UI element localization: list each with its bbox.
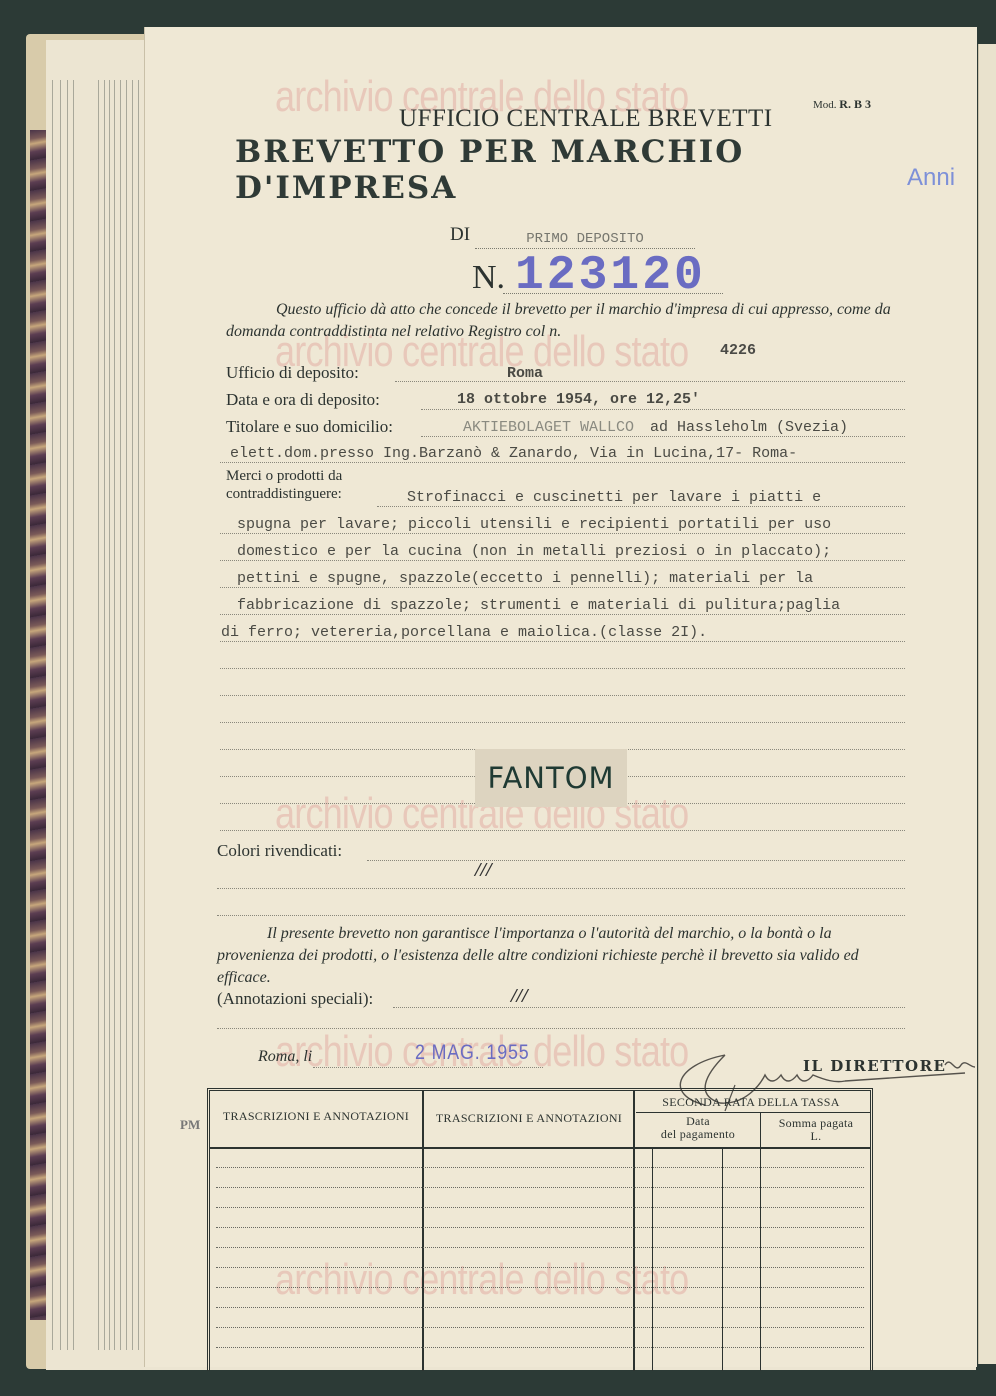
currency-label: L. [811,1129,822,1143]
anni-stamp: Anni [907,164,955,192]
ledger-row [216,1287,864,1288]
trademark-label: FANTOM [475,749,627,807]
ledger-col-transcriptions-1: TRASCRIZIONI E ANNOTAZIONI [210,1109,422,1124]
place-label: Roma, li [258,1048,312,1066]
date-line [313,1067,543,1068]
annotazioni-value: /// [511,985,528,1008]
annotazioni-line [393,1007,905,1008]
ledger-divider [652,1147,653,1371]
ledger-divider [422,1091,424,1371]
ledger-col-transcriptions-2: TRASCRIZIONI E ANNOTAZIONI [425,1111,633,1126]
merci-line [220,560,905,561]
blank-line [217,1028,905,1029]
pagamento-label: del pagamento [661,1127,735,1141]
annotations-ledger: TRASCRIZIONI E ANNOTAZIONI TRASCRIZIONI … [207,1088,873,1371]
register-col-number: 4226 [720,342,756,359]
ledger-row [216,1347,864,1348]
merci-line [220,641,905,642]
ledger-divider [633,1091,635,1371]
colori-value: /// [475,859,492,882]
ledger-col-somma-pagata: Somma pagata L. [762,1117,870,1143]
ledger-divider [722,1147,723,1371]
issue-date-stamp: 2 MAG. 1955 [415,1041,530,1065]
somma-label: Somma pagata [779,1116,854,1130]
merci-line-4: pettini e spugne, spazzole(eccetto i pen… [237,570,813,587]
intro-paragraph: Questo ufficio dà atto che concede il br… [226,299,916,343]
ledger-row [216,1247,864,1248]
merci-line [220,614,905,615]
titolare-address: elett.dom.presso Ing.Barzanò & Zanardo, … [230,445,797,462]
merci-line-2: spugna per lavare; piccoli utensili e re… [237,516,831,533]
blank-line [220,668,905,669]
number-label: N. [472,259,505,297]
ufficio-value: Roma [507,365,543,382]
merci-line [377,506,905,507]
merci-label-1: Merci o prodotti da [226,468,342,485]
ledger-header: TRASCRIZIONI E ANNOTAZIONI TRASCRIZIONI … [210,1091,870,1149]
blank-line [220,830,905,831]
blank-line [217,888,905,889]
colori-label: Colori rivendicati: [217,841,342,861]
blank-line [217,915,905,916]
data-line [421,409,905,410]
side-mark: PM [180,1117,200,1133]
ufficio-line [395,381,905,382]
disclaimer-paragraph: Il presente brevetto non garantisce l'im… [217,923,907,989]
di-label: DI [450,224,470,246]
model-code-prefix: Mod. [813,99,837,111]
deposit-type: PRIMO DEPOSITO [475,231,695,249]
ledger-row [216,1327,864,1328]
titolare-line-2 [220,462,905,463]
ledger-row [216,1167,864,1168]
document-page: archivio centrale dello stato archivio c… [145,27,977,1367]
merci-line-6: di ferro; vetereria,porcellana e maiolic… [221,624,707,641]
model-code: Mod. R. B 3 [813,97,871,112]
merci-line-3: domestico e per la cucina (non in metall… [237,543,831,560]
model-code-value: R. B 3 [839,97,871,111]
titolare-line [421,436,905,437]
ledger-row [216,1207,864,1208]
colori-line [367,860,905,861]
titolare-name: AKTIEBOLAGET WALLCO [463,419,634,436]
document-title: BREVETTO PER MARCHIO D'IMPRESA [235,134,977,206]
annotazioni-label: (Annotazioni speciali): [217,989,373,1009]
merci-line-5: fabbricazione di spazzole; strumenti e m… [237,597,840,614]
ledger-row [216,1227,864,1228]
office-heading: UFFICIO CENTRALE BREVETTI [399,105,773,133]
ledger-subdivider [636,1112,870,1113]
ledger-divider [760,1113,761,1371]
data-label: Data e ora di deposito: [226,390,380,410]
merci-line-1: Strofinacci e cuscinetti per lavare i pi… [407,489,821,506]
ledger-col-data-pagamento: Data del pagamento [636,1115,760,1141]
ledger-row [216,1267,864,1268]
ufficio-label: Ufficio di deposito: [226,363,359,383]
merci-line [220,533,905,534]
data-label: Data [686,1114,710,1128]
blank-line [220,722,905,723]
merci-label-2: contraddistinguere: [226,486,342,503]
titolare-location: ad Hassleholm (Svezia) [650,419,848,436]
ledger-col-seconda-rata: SECONDA RATA DELLA TASSA [636,1095,866,1110]
next-page-edge [978,44,996,1364]
data-value: 18 ottobre 1954, ore 12,25' [457,391,700,408]
blank-line [220,695,905,696]
ledger-row [216,1307,864,1308]
merci-line [220,587,905,588]
titolare-label: Titolare e suo domicilio: [226,417,393,437]
patent-number-stamp: 123120 [515,249,706,303]
ledger-row [216,1187,864,1188]
